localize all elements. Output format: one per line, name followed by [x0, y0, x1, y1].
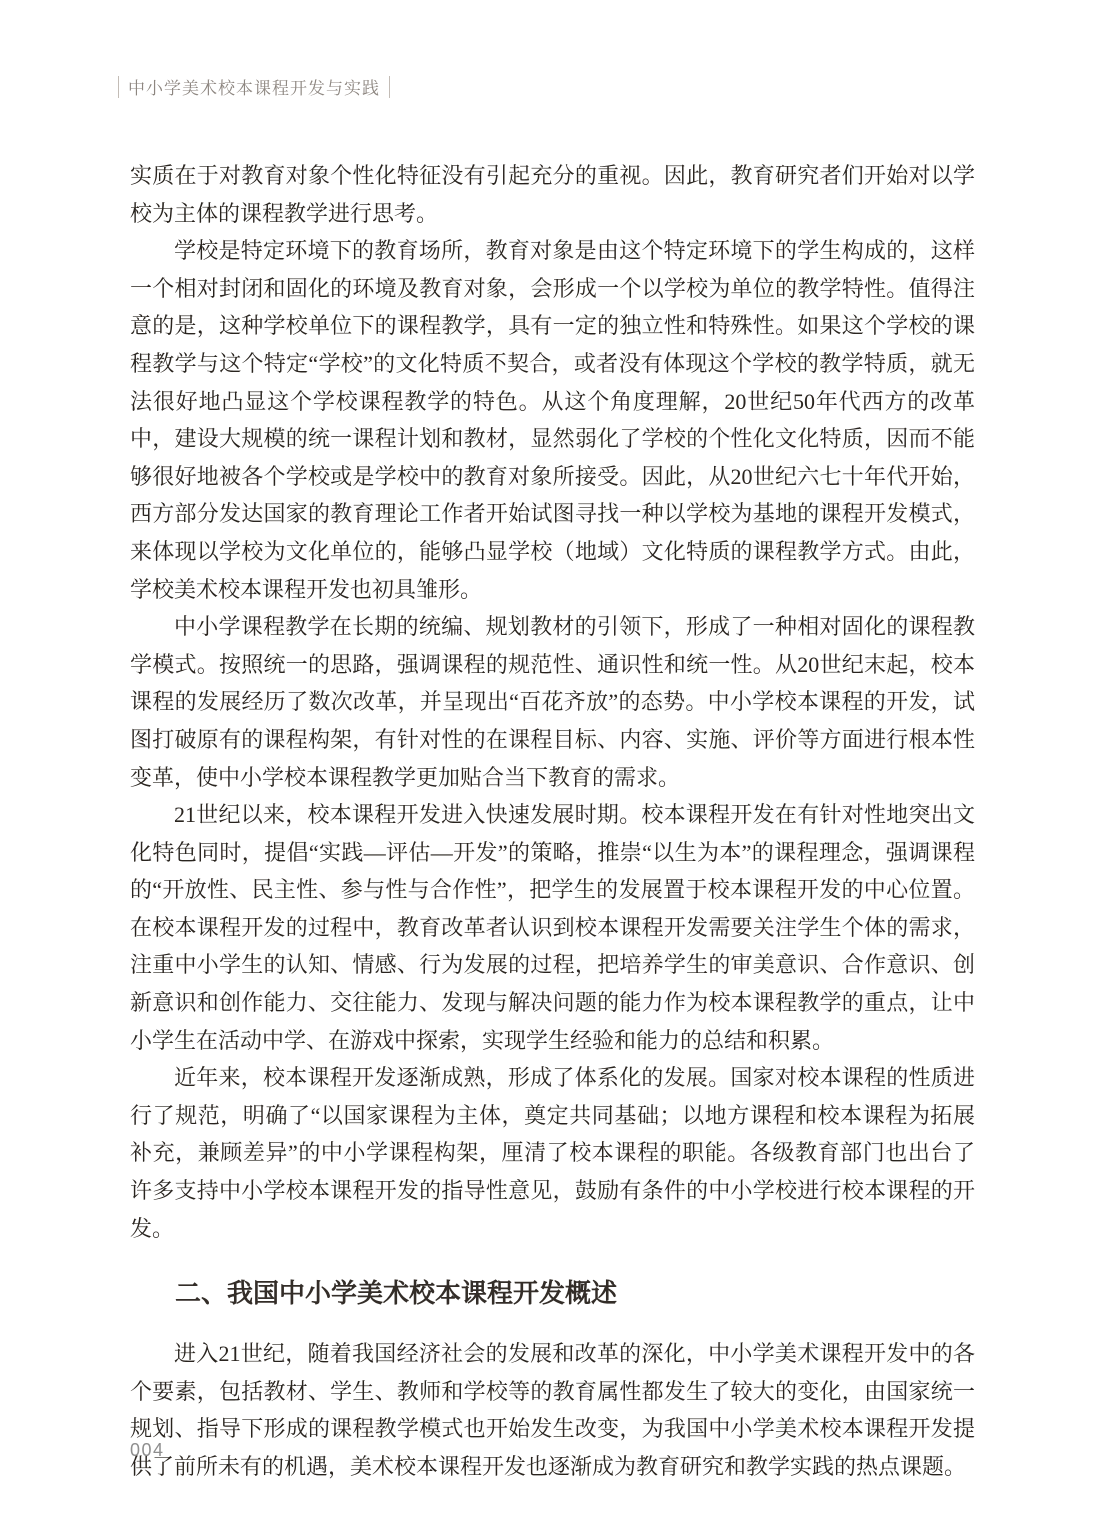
- running-title: 中小学美术校本课程开发与实践: [128, 74, 380, 99]
- page-body: 实质在于对教育对象个性化特征没有引起充分的重视。因此，教育研究者们开始对以学校为…: [130, 157, 975, 1486]
- header-rule-right: [389, 76, 390, 98]
- paragraph: 学校是特定环境下的教育场所，教育对象是由这个特定环境下的学生构成的，这样一个相对…: [130, 232, 975, 608]
- paragraph: 21世纪以来，校本课程开发进入快速发展时期。校本课程开发在有针对性地突出文化特色…: [130, 796, 975, 1059]
- paragraph: 近年来，校本课程开发逐渐成熟，形成了体系化的发展。国家对校本课程的性质进行了规范…: [130, 1059, 975, 1247]
- paragraph: 进入21世纪，随着我国经济社会的发展和改革的深化，中小学美术课程开发中的各个要素…: [130, 1335, 975, 1485]
- page-number: 004: [130, 1440, 165, 1461]
- paragraph-continuation: 实质在于对教育对象个性化特征没有引起充分的重视。因此，教育研究者们开始对以学校为…: [130, 157, 975, 232]
- paragraph: 中小学课程教学在长期的统编、规划教材的引领下，形成了一种相对固化的课程教学模式。…: [130, 608, 975, 796]
- section-heading: 二、我国中小学美术校本课程开发概述: [130, 1273, 975, 1313]
- running-header: 中小学美术校本课程开发与实践: [118, 74, 390, 99]
- book-page: 中小学美术校本课程开发与实践 实质在于对教育对象个性化特征没有引起充分的重视。因…: [0, 0, 1100, 1532]
- header-rule-left: [118, 76, 119, 98]
